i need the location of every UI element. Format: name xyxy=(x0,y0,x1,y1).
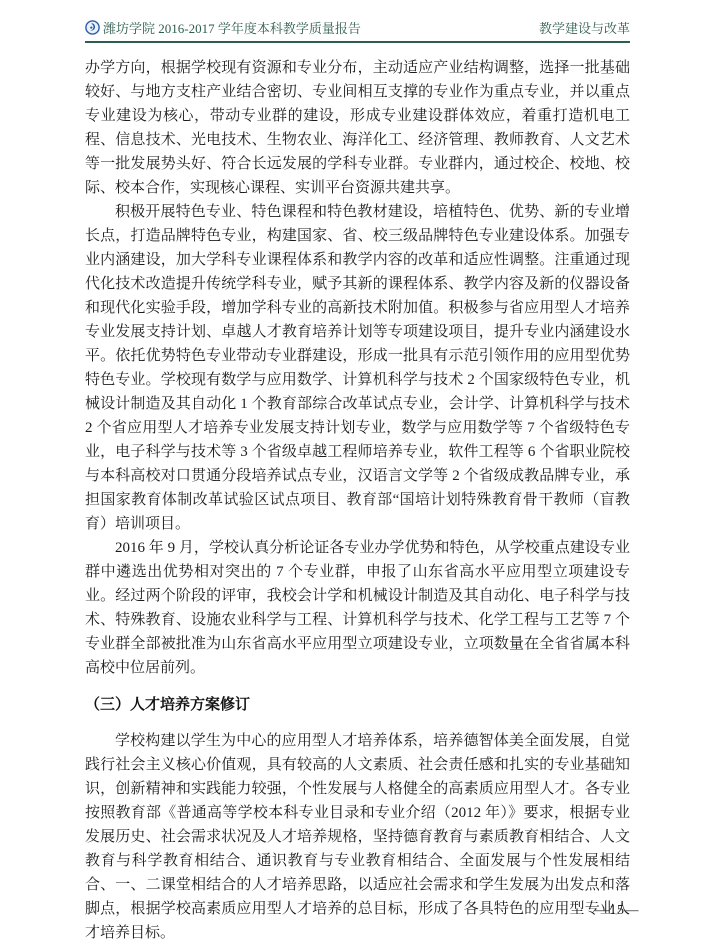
document-body: 办学方向，根据学校现有资源和专业分布，主动适应产业结构调整，选择一批基础较好、与… xyxy=(85,56,630,945)
section-heading: （三）人才培养方案修订 xyxy=(85,693,630,717)
header-section-title: 教学建设与改革 xyxy=(539,18,630,37)
page-header: 潍坊学院 2016-2017 学年度本科教学质量报告 教学建设与改革 xyxy=(85,18,630,43)
university-emblem-icon xyxy=(85,20,100,35)
paragraph: 办学方向，根据学校现有资源和专业分布，主动适应产业结构调整，选择一批基础较好、与… xyxy=(85,56,630,200)
paragraph: 2016 年 9 月，学校认真分析论证各专业办学优势和特色，从学校重点建设专业群… xyxy=(85,536,630,680)
header-left: 潍坊学院 2016-2017 学年度本科教学质量报告 xyxy=(85,18,361,37)
paragraph: 学校构建以学生为中心的应用型人才培养体系，培养德智体美全面发展，自觉践行社会主义… xyxy=(85,729,630,945)
header-report-title: 潍坊学院 2016-2017 学年度本科教学质量报告 xyxy=(103,18,361,37)
page-number: —15— xyxy=(595,903,639,919)
document-page: 潍坊学院 2016-2017 学年度本科教学质量报告 教学建设与改革 办学方向，… xyxy=(0,0,709,945)
paragraph: 积极开展特色专业、特色课程和特色教材建设，培植特色、优势、新的专业增长点，打造品… xyxy=(85,200,630,536)
